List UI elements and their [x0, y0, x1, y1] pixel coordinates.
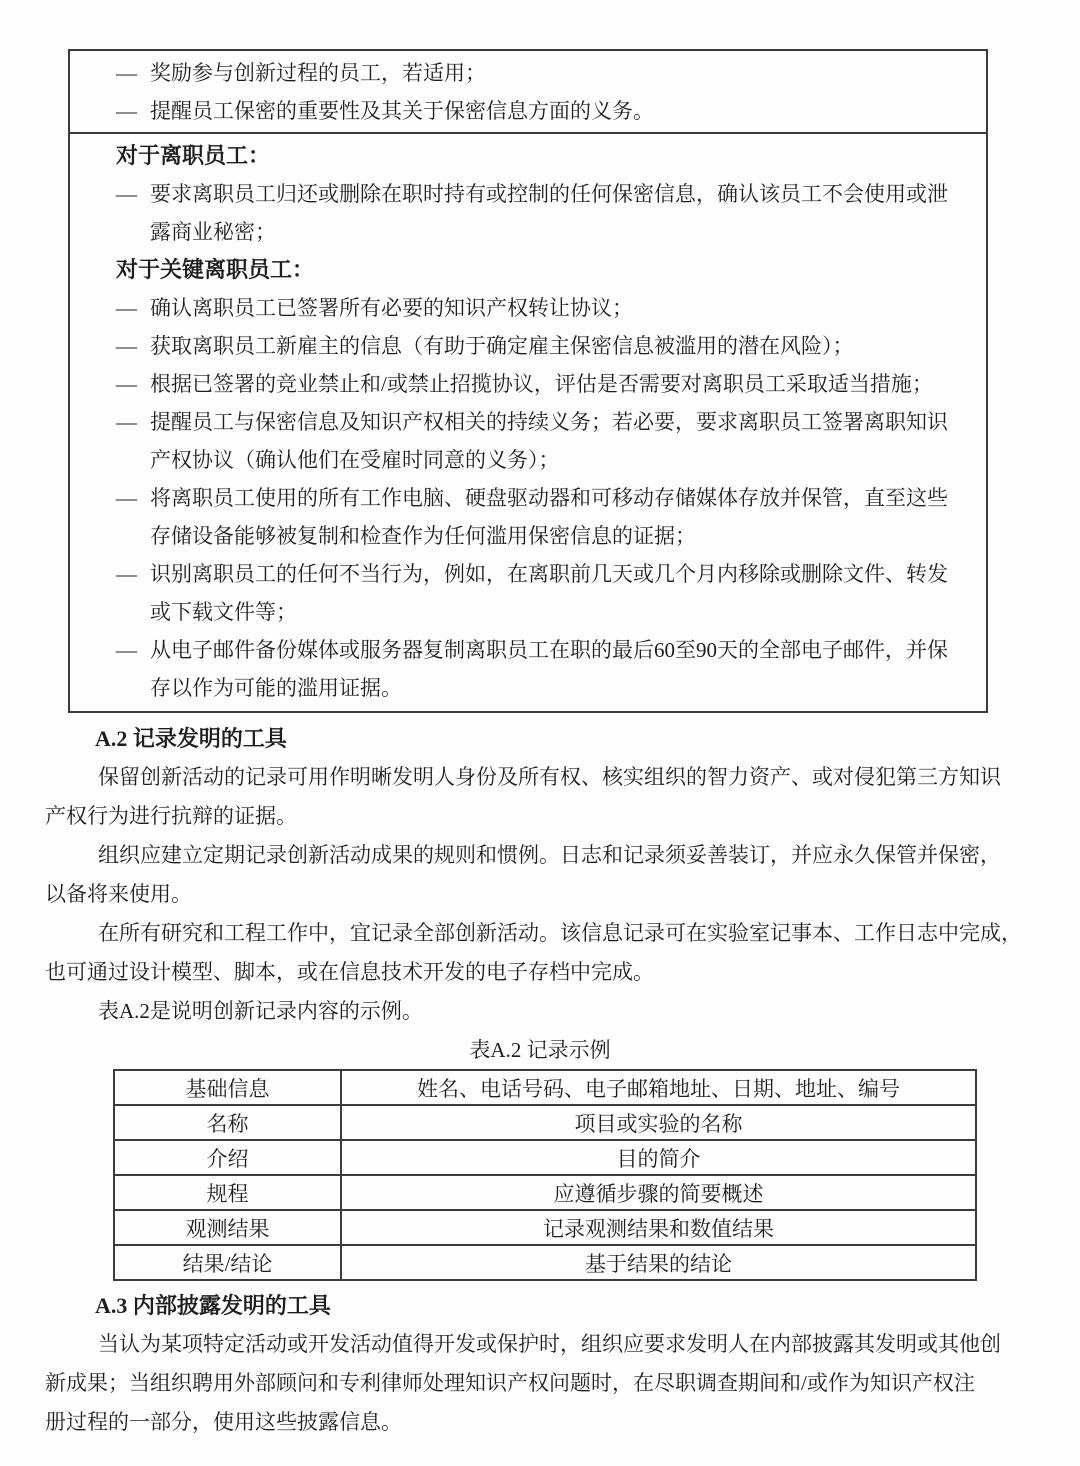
table-caption: 表A.2 记录示例 — [45, 1033, 1035, 1067]
checklist-box-lower-part: 对于离职员工： — 要求离职员工归还或删除在职时持有或控制的任何保密信息，确认该… — [70, 132, 986, 711]
employee-checklist-box: — 奖励参与创新过程的员工，若适用； — 提醒员工保密的重要性及其关于保密信息方… — [68, 49, 988, 713]
subheading-departing-employees: 对于离职员工： — [116, 137, 982, 175]
table-row-value: 应遵循步骤的简要概述 — [341, 1175, 976, 1210]
list-item: — 确认离职员工已签署所有必要的知识产权转让协议； — [116, 289, 982, 327]
subheading-key-departing-employees: 对于关键离职员工： — [116, 251, 982, 289]
list-item: — 识别离职员工的任何不当行为，例如，在离职前几天或几个月内移除或删除文件、转发… — [116, 555, 982, 631]
table-row-value: 项目或实验的名称 — [341, 1105, 976, 1140]
checklist-box-upper-part: — 奖励参与创新过程的员工，若适用； — 提醒员工保密的重要性及其关于保密信息方… — [70, 51, 986, 132]
paragraph: 组织应建立定期记录创新活动成果的规则和惯例。日志和记录须妥善装订，并应永久保管并… — [45, 836, 1035, 914]
dash-marker: — — [116, 479, 150, 517]
table-row-value: 记录观测结果和数值结果 — [341, 1210, 976, 1245]
paragraph: 表A.2是说明创新记录内容的示例。 — [45, 992, 1035, 1031]
record-example-table: 基础信息 姓名、电话号码、电子邮箱地址、日期、地址、编号 名称 项目或实验的名称… — [113, 1069, 977, 1281]
table-row: 规程 应遵循步骤的简要概述 — [114, 1175, 976, 1210]
table-row-label: 结果/结论 — [114, 1245, 341, 1280]
list-item-text: 根据已签署的竞业禁止和/或禁止招揽协议，评估是否需要对离职员工采取适当措施； — [150, 365, 982, 403]
list-item: — 奖励参与创新过程的员工，若适用； — [116, 54, 982, 92]
list-item-text: 要求离职员工归还或删除在职时持有或控制的任何保密信息，确认该员工不会使用或泄 露… — [150, 175, 982, 251]
list-item-text: 奖励参与创新过程的员工，若适用； — [150, 54, 982, 92]
list-item-text: 识别离职员工的任何不当行为，例如，在离职前几天或几个月内移除或删除文件、转发 或… — [150, 555, 982, 631]
list-item: — 将离职员工使用的所有工作电脑、硬盘驱动器和可移动存储媒体存放并保管，直至这些… — [116, 479, 982, 555]
table-row: 结果/结论 基于结果的结论 — [114, 1245, 976, 1280]
table-row-label: 规程 — [114, 1175, 341, 1210]
list-item: — 从电子邮件备份媒体或服务器复制离职员工在职的最后60至90天的全部电子邮件，… — [116, 631, 982, 707]
table-row-value: 基于结果的结论 — [341, 1245, 976, 1280]
dash-marker: — — [116, 289, 150, 327]
list-item-text: 提醒员工保密的重要性及其关于保密信息方面的义务。 — [150, 92, 982, 130]
list-item: — 提醒员工与保密信息及知识产权相关的持续义务；若必要，要求离职员工签署离职知识… — [116, 403, 982, 479]
list-item: — 根据已签署的竞业禁止和/或禁止招揽协议，评估是否需要对离职员工采取适当措施； — [116, 365, 982, 403]
section-a3-heading: A.3 内部披露发明的工具 — [95, 1287, 1035, 1325]
table-row: 基础信息 姓名、电话号码、电子邮箱地址、日期、地址、编号 — [114, 1070, 976, 1105]
dash-marker: — — [116, 365, 150, 403]
list-item-text: 提醒员工与保密信息及知识产权相关的持续义务；若必要，要求离职员工签署离职知识 产… — [150, 403, 982, 479]
list-item-text: 确认离职员工已签署所有必要的知识产权转让协议； — [150, 289, 982, 327]
table-row-label: 观测结果 — [114, 1210, 341, 1245]
table-row-label: 名称 — [114, 1105, 341, 1140]
dash-marker: — — [116, 555, 150, 593]
table-row-label: 介绍 — [114, 1140, 341, 1175]
section-a3: A.3 内部披露发明的工具 当认为某项特定活动或开发活动值得开发或保护时，组织应… — [45, 1287, 1035, 1442]
table-row-value: 姓名、电话号码、电子邮箱地址、日期、地址、编号 — [341, 1070, 976, 1105]
list-item-text: 从电子邮件备份媒体或服务器复制离职员工在职的最后60至90天的全部电子邮件，并保… — [150, 631, 982, 707]
table-row-value: 目的简介 — [341, 1140, 976, 1175]
section-a2-heading: A.2 记录发明的工具 — [95, 720, 1035, 758]
dash-marker: — — [116, 403, 150, 441]
table-row: 名称 项目或实验的名称 — [114, 1105, 976, 1140]
dash-marker: — — [116, 54, 150, 92]
dash-marker: — — [116, 92, 150, 130]
document-page: — 奖励参与创新过程的员工，若适用； — 提醒员工保密的重要性及其关于保密信息方… — [0, 0, 1080, 1466]
table-row-label: 基础信息 — [114, 1070, 341, 1105]
list-item: — 提醒员工保密的重要性及其关于保密信息方面的义务。 — [116, 92, 982, 130]
dash-marker: — — [116, 631, 150, 669]
list-item: — 获取离职员工新雇主的信息（有助于确定雇主保密信息被滥用的潜在风险）； — [116, 327, 982, 365]
table-row: 观测结果 记录观测结果和数值结果 — [114, 1210, 976, 1245]
section-a2: A.2 记录发明的工具 保留创新活动的记录可用作明晰发明人身份及所有权、核实组织… — [45, 720, 1035, 1031]
paragraph: 保留创新活动的记录可用作明晰发明人身份及所有权、核实组织的智力资产、或对侵犯第三… — [45, 758, 1035, 836]
list-item: — 要求离职员工归还或删除在职时持有或控制的任何保密信息，确认该员工不会使用或泄… — [116, 175, 982, 251]
list-item-text: 将离职员工使用的所有工作电脑、硬盘驱动器和可移动存储媒体存放并保管，直至这些 存… — [150, 479, 982, 555]
dash-marker: — — [116, 175, 150, 213]
list-item-text: 获取离职员工新雇主的信息（有助于确定雇主保密信息被滥用的潜在风险）； — [150, 327, 982, 365]
table-row: 介绍 目的简介 — [114, 1140, 976, 1175]
paragraph: 当认为某项特定活动或开发活动值得开发或保护时，组织应要求发明人在内部披露其发明或… — [45, 1325, 1035, 1442]
paragraph: 在所有研究和工程工作中，宜记录全部创新活动。该信息记录可在实验室记事本、工作日志… — [45, 914, 1035, 992]
dash-marker: — — [116, 327, 150, 365]
